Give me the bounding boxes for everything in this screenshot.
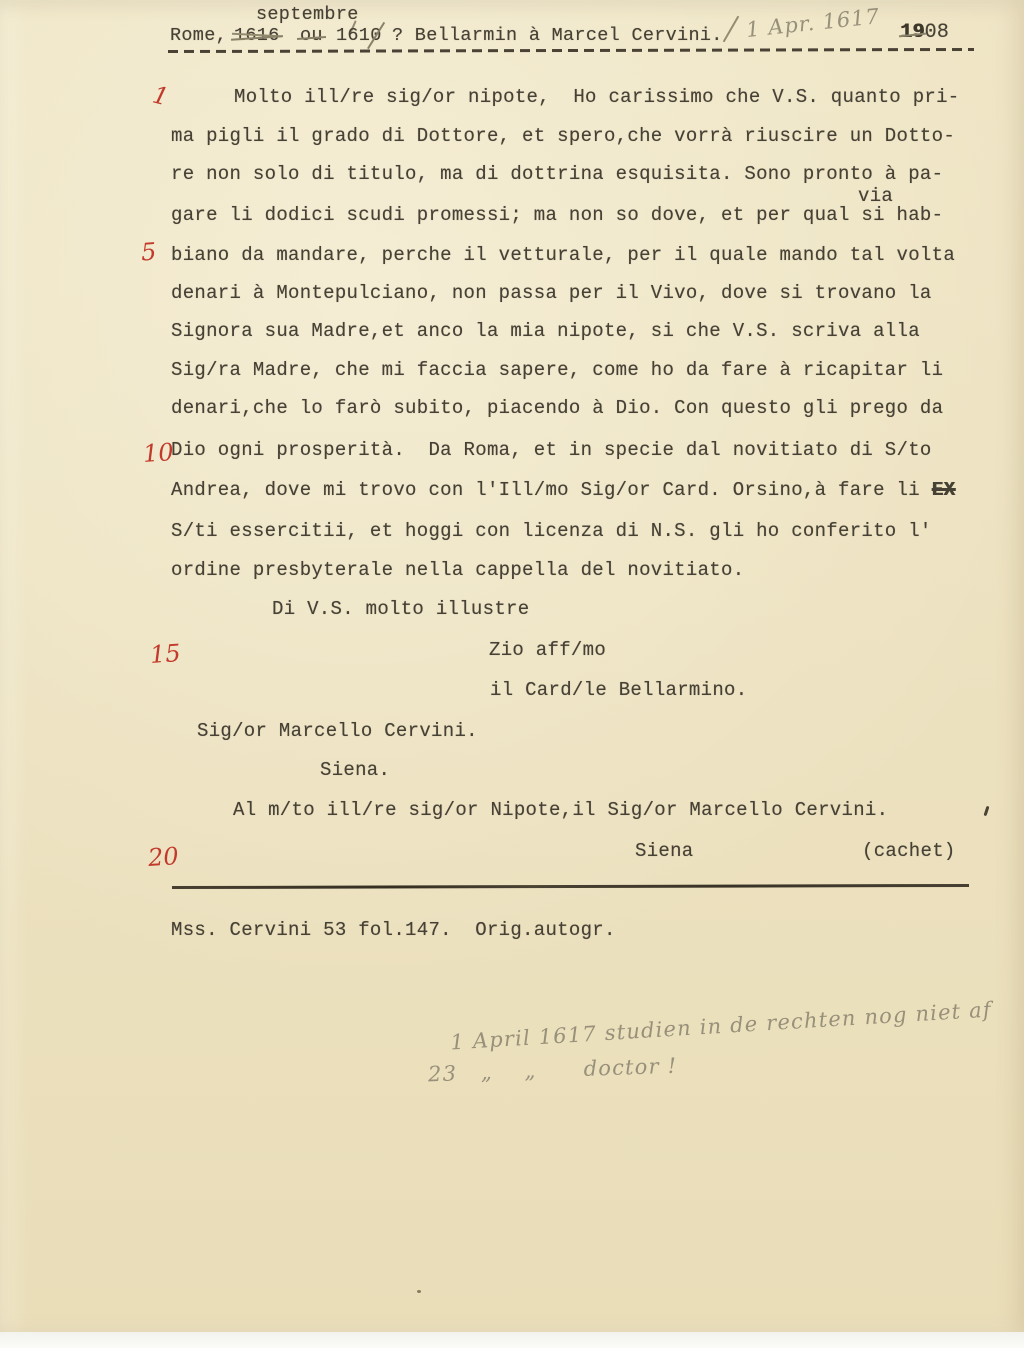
letter-line: ma pigli il grado di Dottore, et spero,c… (171, 127, 955, 146)
header-struck-year: 1616 (234, 27, 280, 46)
address-city: Siena (635, 842, 694, 861)
closing-addressee: Sig/or Marcello Cervini. (197, 722, 478, 741)
closing-signature: il Card/le Bellarmino. (490, 681, 747, 700)
pencil-date-note: 1 Apr. 1617 (745, 6, 881, 41)
dashed-underline (168, 48, 974, 53)
header-struck-word: ou (300, 27, 323, 46)
margin-line-number-5: 5 (140, 239, 157, 264)
separator-rule (172, 884, 969, 889)
closing-relation: Zio aff/mo (489, 641, 606, 660)
letter-line: ordine presbyterale nella cappella del n… (171, 561, 744, 580)
address-cachet: (cachet) (862, 842, 956, 861)
pencil-note-line: 23 „ „ doctor ! (428, 1056, 678, 1086)
source-note: Mss. Cervini 53 fol.147. Orig.autogr. (171, 921, 616, 940)
pencil-note-line: 1 April 1617 studien in de rechten nog n… (450, 999, 993, 1053)
page-number: 1908 (900, 23, 949, 43)
margin-line-number-20: 20 (147, 844, 179, 870)
scan-edge (0, 1332, 1024, 1348)
letter-line: gare li dodici scudi promessi; ma non so… (171, 206, 943, 225)
overtyped-text: EX (932, 479, 955, 501)
header-year: 1610 (336, 27, 382, 46)
letter-line: Dio ogni prosperità. Da Roma, et in spec… (171, 441, 932, 460)
letter-line: S/ti essercitii, et hoggi con licenza di… (171, 522, 932, 541)
header-month-overline: septembre (256, 6, 359, 25)
header-title: ? Bellarmin à Marcel Cervini. (392, 27, 723, 46)
letter-line: Signora sua Madre,et anco la mia nipote,… (171, 322, 920, 341)
paper: septembre Rome, 1616 ou 1610 ? Bellarmin… (0, 0, 1024, 1333)
letter-line: Sig/ra Madre, che mi faccia sapere, come… (171, 361, 943, 380)
letter-line: biano da mandare, perche il vetturale, p… (171, 246, 955, 265)
letter-line: Molto ill/re sig/or nipote, Ho carissimo… (234, 88, 960, 107)
letter-line: denari,che lo farò subito, piacendo à Di… (171, 399, 943, 418)
paper-speck (417, 1290, 421, 1293)
closing-salutation: Di V.S. molto illustre (272, 600, 529, 619)
pencil-flourish (723, 16, 740, 43)
header-place: Rome, (170, 27, 227, 46)
letter-line: re non solo di titulo, ma di dottrina es… (171, 165, 943, 184)
margin-line-number-1: 1 (150, 83, 171, 110)
letter-line: denari à Montepulciano, non passa per il… (171, 284, 932, 303)
address-line: Al m/to ill/re sig/or Nipote,il Sig/or M… (233, 801, 888, 820)
scanned-letter-page: septembre Rome, 1616 ou 1610 ? Bellarmin… (0, 0, 1024, 1348)
margin-line-number-15: 15 (149, 641, 181, 667)
ink-apostrophe-mark (984, 806, 990, 816)
letter-line: Andrea, dove mi trovo con l'Ill/mo Sig/o… (171, 481, 955, 500)
margin-line-number-10: 10 (142, 440, 174, 466)
closing-addressee-city: Siena. (320, 761, 390, 780)
